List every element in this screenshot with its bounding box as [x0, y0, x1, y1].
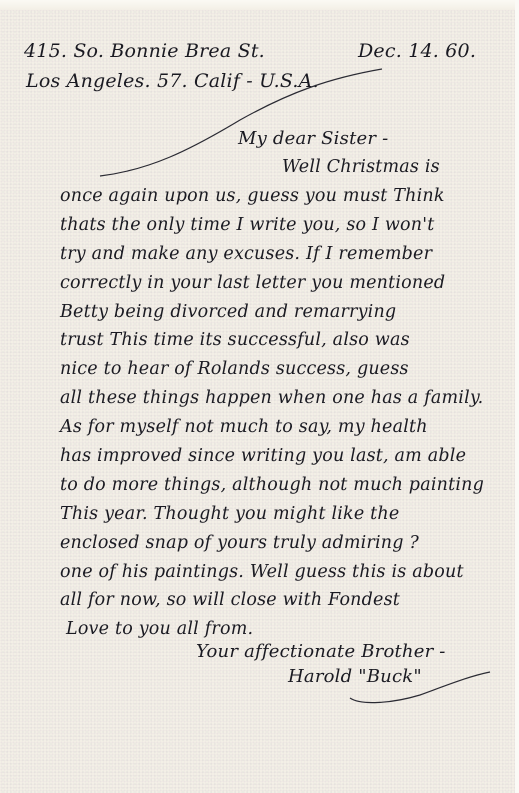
body-line: This year. Thought you might like the — [60, 504, 399, 524]
body-line: try and make any excuses. If I remember — [60, 244, 432, 264]
body-line: Well Christmas is — [282, 157, 440, 177]
body-line: thats the only time I write you, so I wo… — [60, 215, 435, 235]
body-line: Love to you all from. — [66, 619, 253, 639]
body-line: all these things happen when one has a f… — [60, 388, 483, 408]
body-line: As for myself not much to say, my health — [60, 417, 428, 437]
signature: Harold "Buck" — [288, 666, 422, 687]
body-line: trust This time its successful, also was — [60, 330, 410, 350]
letter-date: Dec. 14. 60. — [358, 40, 476, 62]
body-line: all for now, so will close with Fondest — [60, 590, 400, 610]
body-line: enclosed snap of yours truly admiring ? — [60, 533, 419, 553]
body-line: to do more things, although not much pai… — [60, 475, 484, 495]
body-line: once again upon us, guess you must Think — [60, 186, 445, 206]
body-line: has improved since writing you last, am … — [60, 446, 466, 466]
address-line-1: 415. So. Bonnie Brea St. — [24, 40, 265, 62]
body-line: correctly in your last letter you mentio… — [60, 273, 445, 293]
salutation: My dear Sister - — [238, 128, 388, 149]
body-line: Betty being divorced and remarrying — [60, 302, 396, 322]
closing: Your affectionate Brother - — [196, 641, 446, 662]
body-line: nice to hear of Rolands success, guess — [60, 359, 409, 379]
paper-right-edge — [515, 0, 519, 793]
body-line: one of his paintings. Well guess this is… — [60, 562, 464, 582]
address-line-2: Los Angeles. 57. Calif - U.S.A. — [26, 70, 319, 92]
paper-top-edge — [0, 0, 519, 10]
